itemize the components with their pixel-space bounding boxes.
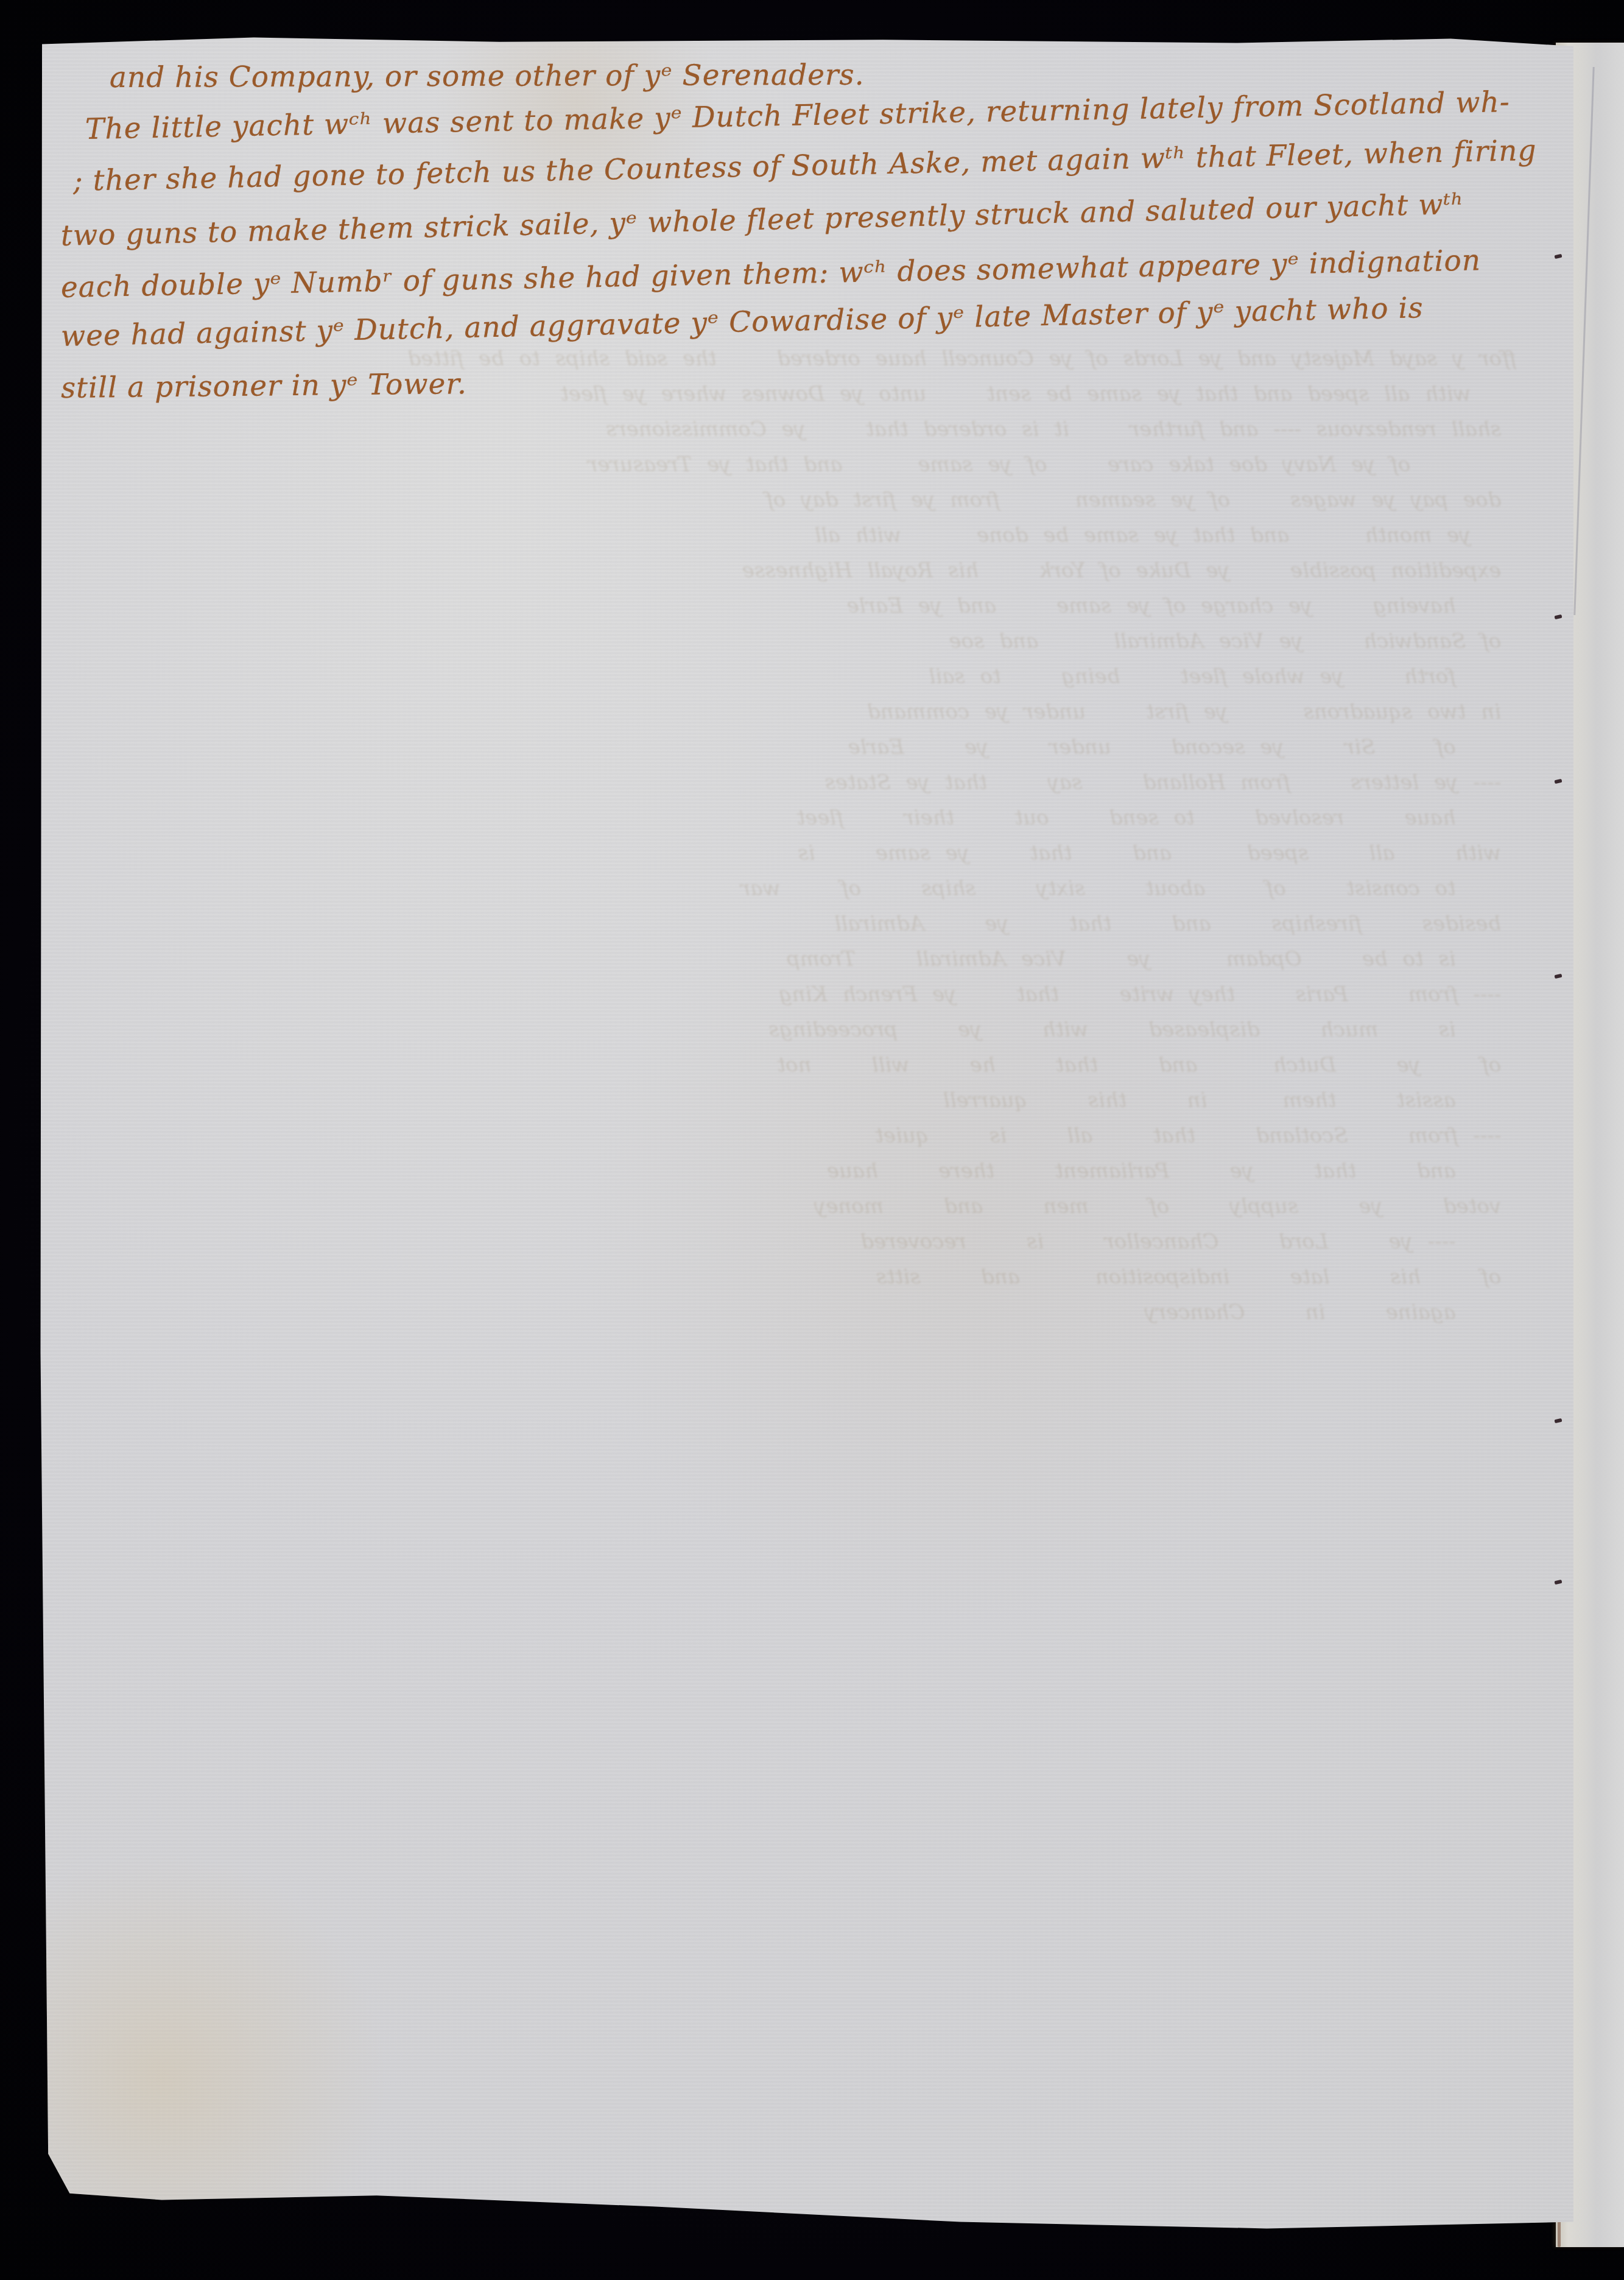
manuscript-line-7: still a prisoner in yᵉ Tower. [61,367,467,405]
bleed-through-text: ffor y sayd Majesty and ye Lords of ye C… [67,341,1516,2077]
manuscript-line-1: and his Company, or some other of yᵉ Ser… [110,58,865,94]
